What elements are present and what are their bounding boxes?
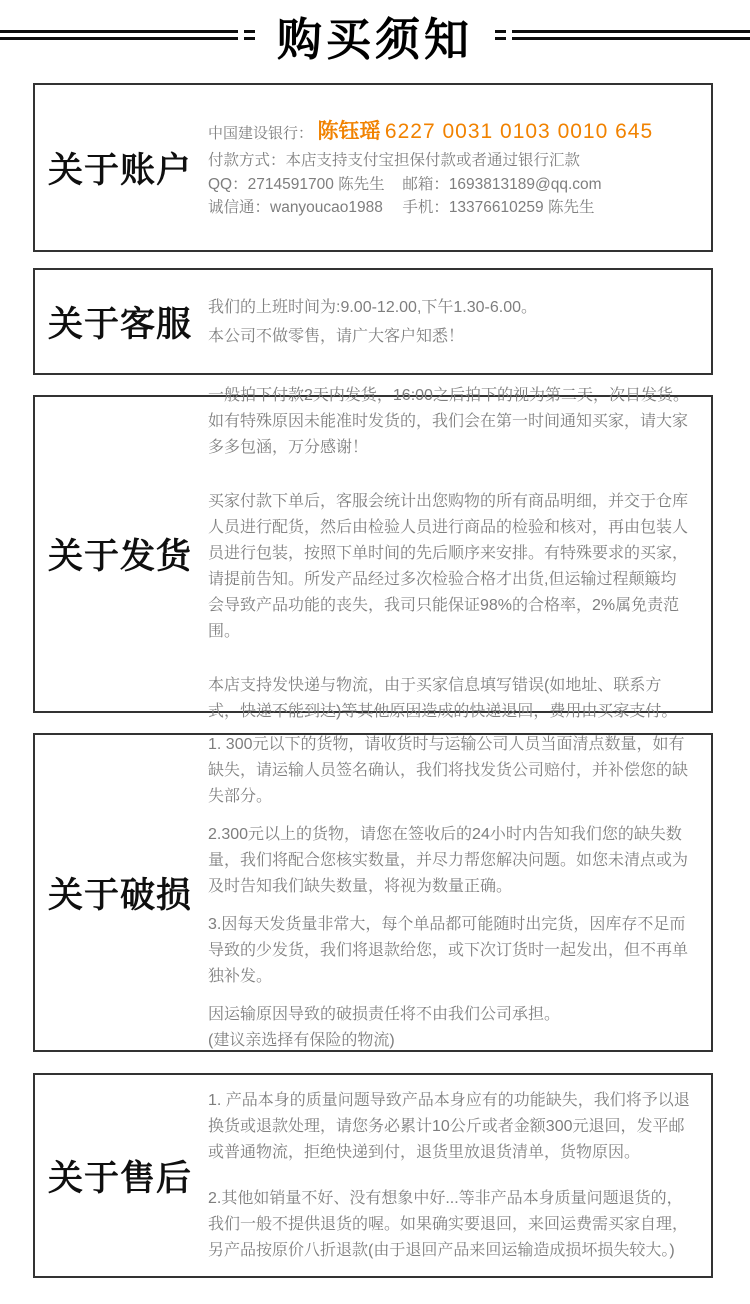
section-damage-side: 关于破损 bbox=[35, 735, 208, 1050]
service-notice-line: 本公司不做零售，请广大客户知悉！ bbox=[208, 322, 691, 351]
page-title: 购买须知 bbox=[277, 3, 473, 68]
aftersale-paragraph: 1. 产品本身的质量问题导致产品本身应有的功能缺失，我们将予以退换货或退款处理，… bbox=[208, 1088, 691, 1166]
qq-contact: QQ：2714591700 陈先生 bbox=[208, 173, 398, 196]
contact-row-2: 诚信通：wanyoucao1988 手机：13376610259 陈先生 bbox=[208, 196, 691, 219]
section-shipping-content: 一般拍下付款2天内发货，16:00之后拍下的视为第二天，次日发货。如有特殊原因未… bbox=[208, 397, 711, 711]
mobile-contact: 手机：13376610259 陈先生 bbox=[402, 199, 594, 216]
section-damage-content: 1. 300元以下的货物，请收货时与运输公司人员当面清点数量，如有缺失，请运输人… bbox=[208, 735, 711, 1050]
shipping-paragraph: 本店支持发快递与物流，由于买家信息填写错误(如地址、联系方式，快递不能到达)等其… bbox=[208, 673, 691, 725]
damage-insurance-tip: (建议亲选择有保险的物流) bbox=[208, 1028, 691, 1054]
header-rule-left bbox=[0, 30, 255, 40]
section-title-account: 关于账户 bbox=[48, 143, 192, 193]
contact-row-1: QQ：2714591700 陈先生 邮箱：1693813189@qq.com bbox=[208, 173, 691, 196]
section-aftersale-side: 关于售后 bbox=[35, 1075, 208, 1276]
bank-account-number: 6227 0031 0103 0010 645 bbox=[385, 120, 653, 143]
aftersale-paragraph: 2.其他如销量不好、没有想象中好...等非产品本身质量问题退货的，我们一般不提供… bbox=[208, 1186, 691, 1264]
section-service-content: 我们的上班时间为:9.00-12.00,下午1.30-6.00。 本公司不做零售… bbox=[208, 270, 711, 373]
email-contact: 邮箱：1693813189@qq.com bbox=[402, 176, 601, 193]
damage-paragraph: 3.因每天发货量非常大，每个单品都可能随时出完货，因库存不足而导致的少发货，我们… bbox=[208, 912, 691, 990]
header-rule-right bbox=[495, 30, 750, 40]
damage-paragraph: 1. 300元以下的货物，请收货时与运输公司人员当面清点数量，如有缺失，请运输人… bbox=[208, 732, 691, 810]
double-rule-segment bbox=[495, 30, 506, 40]
section-aftersale-content: 1. 产品本身的质量问题导致产品本身应有的功能缺失，我们将予以退换货或退款处理，… bbox=[208, 1075, 711, 1276]
payment-method-row: 付款方式：本店支持支付宝担保付款或者通过银行汇款 bbox=[208, 149, 691, 173]
double-rule-line bbox=[512, 30, 750, 40]
page-header: 购买须知 bbox=[0, 0, 750, 70]
section-title-service: 关于客服 bbox=[48, 297, 192, 347]
shipping-paragraph: 买家付款下单后，客服会统计出您购物的所有商品明细，并交于仓库人员进行配货，然后由… bbox=[208, 489, 691, 645]
section-title-damage: 关于破损 bbox=[48, 868, 192, 918]
shipping-paragraph: 一般拍下付款2天内发货，16:00之后拍下的视为第二天，次日发货。如有特殊原因未… bbox=[208, 383, 691, 461]
section-shipping-side: 关于发货 bbox=[35, 397, 208, 711]
section-account: 关于账户 中国建设银行： 陈钰瑶 6227 0031 0103 0010 645… bbox=[33, 83, 713, 252]
section-account-side: 关于账户 bbox=[35, 85, 208, 250]
damage-liability-line: 因运输原因导致的破损责任将不由我们公司承担。 bbox=[208, 1002, 691, 1028]
section-account-content: 中国建设银行： 陈钰瑶 6227 0031 0103 0010 645 付款方式… bbox=[208, 85, 711, 250]
double-rule-line bbox=[0, 30, 238, 40]
service-hours-line: 我们的上班时间为:9.00-12.00,下午1.30-6.00。 bbox=[208, 293, 691, 322]
double-rule-segment bbox=[244, 30, 255, 40]
section-service: 关于客服 我们的上班时间为:9.00-12.00,下午1.30-6.00。 本公… bbox=[33, 268, 713, 375]
section-aftersale: 关于售后 1. 产品本身的质量问题导致产品本身应有的功能缺失，我们将予以退换货或… bbox=[33, 1073, 713, 1278]
section-damage: 关于破损 1. 300元以下的货物，请收货时与运输公司人员当面清点数量，如有缺失… bbox=[33, 733, 713, 1052]
damage-paragraph: 2.300元以上的货物，请您在签收后的24小时内告知我们您的缺失数量，我们将配合… bbox=[208, 822, 691, 900]
chengxintong-contact: 诚信通：wanyoucao1988 bbox=[208, 196, 398, 219]
bank-row: 中国建设银行： 陈钰瑶 6227 0031 0103 0010 645 bbox=[208, 117, 691, 149]
section-title-aftersale: 关于售后 bbox=[48, 1151, 192, 1201]
section-service-side: 关于客服 bbox=[35, 270, 208, 373]
section-shipping: 关于发货 一般拍下付款2天内发货，16:00之后拍下的视为第二天，次日发货。如有… bbox=[33, 395, 713, 713]
section-title-shipping: 关于发货 bbox=[48, 529, 192, 579]
bank-account-holder: 陈钰瑶 bbox=[317, 120, 380, 143]
bank-label: 中国建设银行： bbox=[208, 125, 313, 142]
